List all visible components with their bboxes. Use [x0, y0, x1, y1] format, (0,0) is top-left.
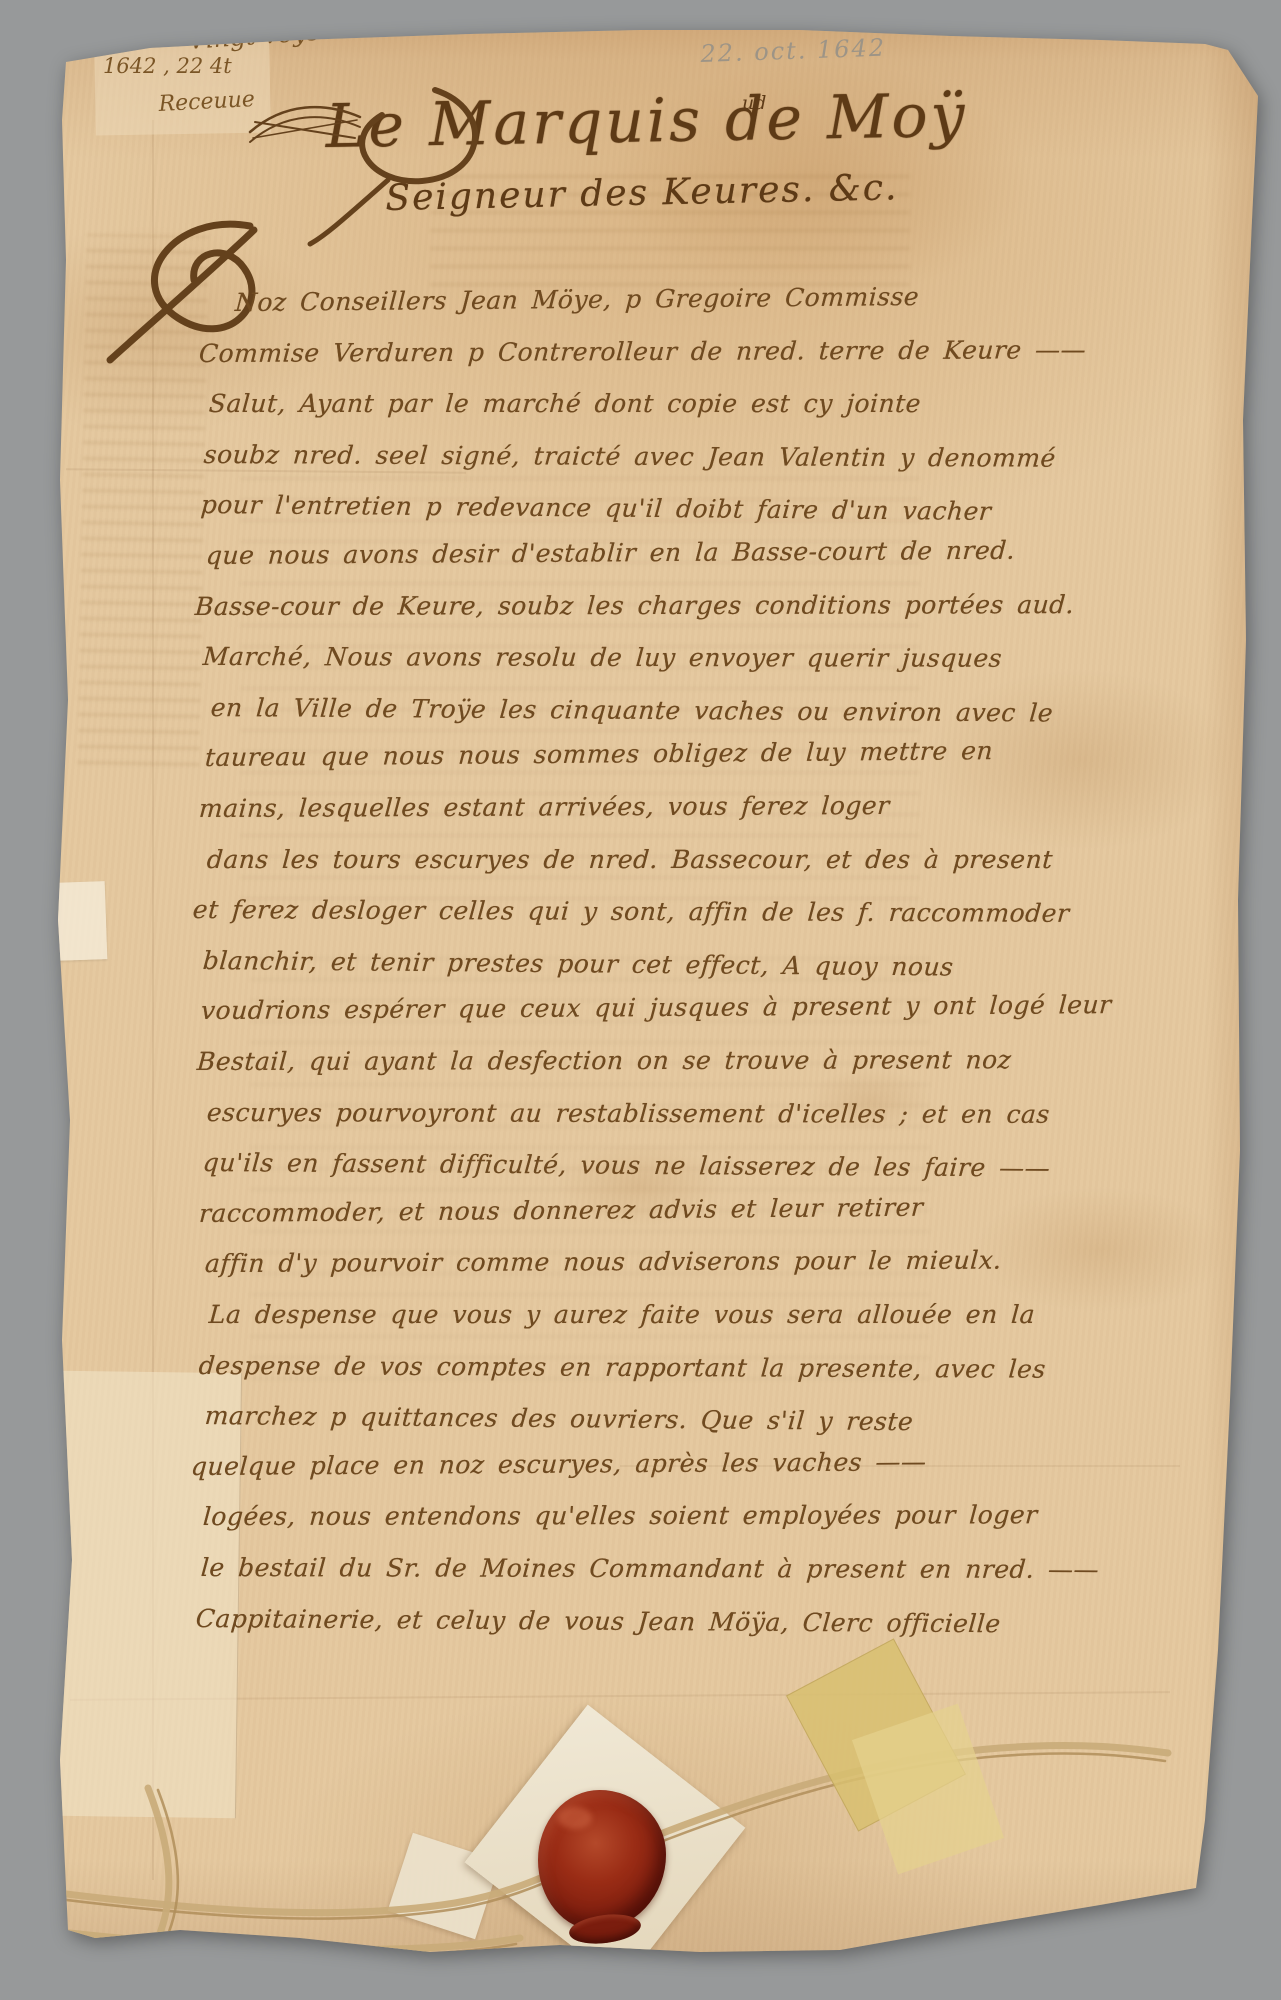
manuscript-line: Commise Verduren p Contrerolleur de nred…	[198, 335, 1087, 368]
manuscript-line: que nous avons desir d'establir en la Ba…	[205, 536, 1016, 570]
manuscript-page: Vingt voys 1642 , 22 4t Receuue 22. oct.…	[0, 0, 1281, 2000]
manuscript-line: en la Ville de Troÿe les cinquante vache…	[210, 693, 1055, 727]
page-title: Le Marquis de Moÿ	[325, 81, 968, 162]
repair-tape-left	[55, 1371, 242, 1818]
manuscript-line: Marché, Nous avons resolu de luy envoyer…	[202, 642, 1003, 673]
manuscript-line: Cappitainerie, et celuy de vous Jean Möÿ…	[195, 1604, 1002, 1638]
manuscript-line: pour l'entretien p redevance qu'il doibt…	[200, 490, 993, 526]
manuscript-line: taureau que nous nous sommes obligez de …	[204, 737, 994, 773]
manuscript-line: Bestail, qui ayant la desfection on se t…	[196, 1045, 1012, 1076]
manuscript-line: et ferez desloger celles qui y sont, aff…	[192, 895, 1071, 928]
ink-bleed-through	[77, 234, 208, 766]
repair-patch-small	[53, 881, 108, 961]
annotation-date-ink: 1642 , 22 4t	[103, 54, 232, 78]
manuscript-line: La despense que vous y aurez faite vous …	[208, 1300, 1036, 1329]
manuscript-line: mains, lesquelles estant arrivées, vous …	[198, 791, 891, 823]
manuscript-line: logées, nous entendons qu'elles soient e…	[202, 1501, 1039, 1532]
annotation-amount-ink: Vingt voys	[187, 17, 321, 55]
manuscript-line: voudrions espérer que ceux qui jusques à…	[200, 990, 1112, 1025]
manuscript-line: Salut, Ayant par le marché dont copie es…	[208, 389, 922, 418]
page-subtitle: Seigneur des Keures. &c.	[385, 167, 899, 219]
annotation-received-ink: Receuue	[158, 87, 255, 117]
manuscript-line: qu'ils en fassent difficulté, vous ne la…	[202, 1148, 1052, 1183]
manuscript-line: blanchir, et tenir prestes pour cet effe…	[202, 946, 955, 982]
manuscript-line: Noz Conseillers Jean Möye, p Gregoire Co…	[234, 282, 920, 317]
manuscript-line: dans les tours escuryes de nred. Basseco…	[206, 845, 1054, 874]
title-superscript: ud	[742, 92, 766, 114]
manuscript-line: quelque place en noz escuryes, après les…	[190, 1447, 927, 1481]
manuscript-line: le bestail du Sr. de Moines Commandant à…	[200, 1553, 1100, 1584]
repair-patch-top-left	[94, 36, 271, 135]
manuscript-line: raccommoder, et nous donnerez advis et l…	[198, 1192, 924, 1227]
manuscript-line: marchez p quittances des ouvriers. Que s…	[204, 1401, 915, 1436]
manuscript-line: escuryes pourvoyront au restablissement …	[206, 1098, 1051, 1129]
ink-bleed-through	[240, 470, 920, 900]
manuscript-page-wrap: Vingt voys 1642 , 22 4t Receuue 22. oct.…	[0, 0, 1281, 2000]
manuscript-line: soubz nred. seel signé, traicté avec Jea…	[203, 440, 1057, 473]
manuscript-line: Basse-cour de Keure, soubz les charges c…	[194, 590, 1075, 621]
photograph-background: Vingt voys 1642 , 22 4t Receuue 22. oct.…	[0, 0, 1281, 2000]
annotation-date-pencil: 22. oct. 1642	[700, 34, 887, 68]
manuscript-line: affin d'y pourvoir comme nous adviserons…	[204, 1246, 1003, 1278]
manuscript-line: despense de vos comptes en rapportant la…	[198, 1351, 1047, 1384]
